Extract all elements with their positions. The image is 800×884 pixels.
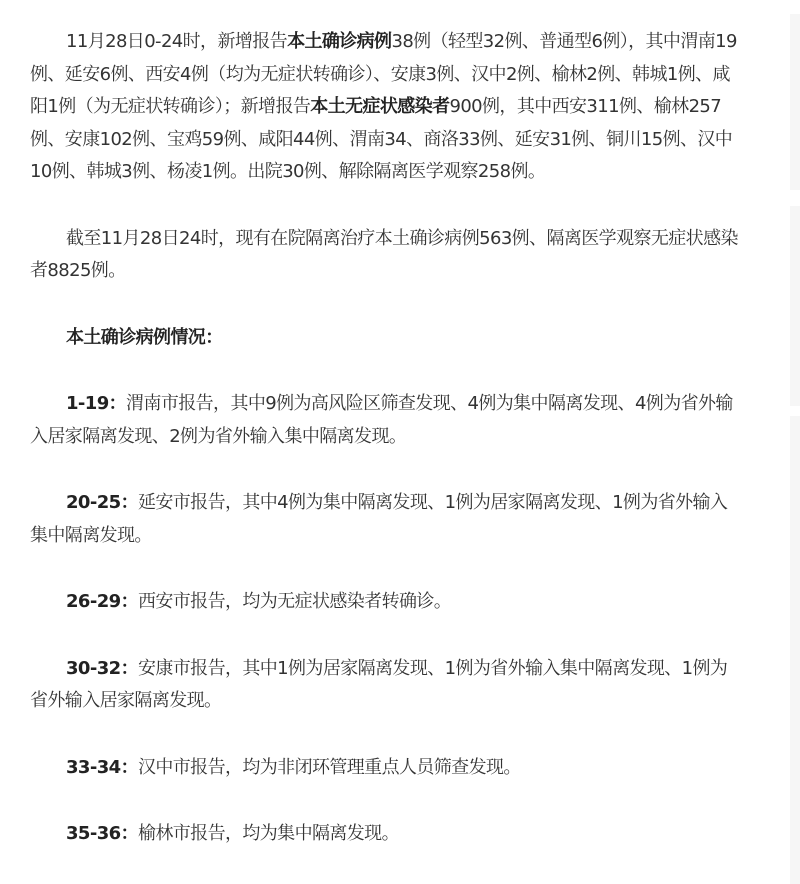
case-description: 榆林市报告，均为集中隔离发现。: [138, 823, 399, 844]
case-description: 汉中市报告，均为非闭环管理重点人员筛查发现。: [138, 757, 521, 778]
paragraph-spacer: [30, 784, 742, 818]
case-range: 26-29：: [66, 591, 138, 612]
bold-keyword-confirmed: 本土确诊病例: [287, 31, 391, 52]
case-range: 20-25：: [66, 492, 138, 513]
cumulative-summary-paragraph: 截至11月28日24时，现有在院隔离治疗本土确诊病例563例、隔离医学观察无症状…: [30, 223, 742, 288]
section-heading: 本土确诊病例情况：: [30, 322, 742, 355]
text-segment: 11月28日0-24时，新增报告: [66, 31, 287, 52]
paragraph-spacer: [30, 718, 742, 752]
right-edge-panel: [790, 14, 800, 190]
case-entry: 1-19：渭南市报告，其中9例为高风险区筛查发现、4例为集中隔离发现、4例为省外…: [30, 388, 742, 453]
right-edge-panel: [790, 416, 800, 884]
paragraph-spacer: [30, 453, 742, 487]
case-entry: 26-29：西安市报告，均为无症状感染者转确诊。: [30, 586, 742, 619]
paragraph-spacer: [30, 354, 742, 388]
case-entry: 30-32：安康市报告，其中1例为居家隔离发现、1例为省外输入集中隔离发现、1例…: [30, 653, 742, 718]
case-description: 西安市报告，均为无症状感染者转确诊。: [138, 591, 451, 612]
paragraph-spacer: [30, 288, 742, 322]
paragraph-spacer: [30, 552, 742, 586]
daily-summary-paragraph: 11月28日0-24时，新增报告本土确诊病例38例（轻型32例、普通型6例），其…: [30, 26, 742, 189]
case-entry: 33-34：汉中市报告，均为非闭环管理重点人员筛查发现。: [30, 752, 742, 785]
case-range: 1-19：: [66, 393, 126, 414]
case-entry: 20-25：延安市报告，其中4例为集中隔离发现、1例为居家隔离发现、1例为省外输…: [30, 487, 742, 552]
article-body: 11月28日0-24时，新增报告本土确诊病例38例（轻型32例、普通型6例），其…: [30, 26, 742, 851]
section-heading-text: 本土确诊病例情况：: [66, 327, 223, 348]
paragraph-spacer: [30, 619, 742, 653]
bold-keyword-asymptomatic: 本土无症状感染者: [310, 96, 449, 117]
right-edge-panel: [790, 206, 800, 406]
case-range: 33-34：: [66, 757, 138, 778]
case-range: 35-36：: [66, 823, 138, 844]
case-range: 30-32：: [66, 658, 138, 679]
case-description: 渭南市报告，其中9例为高风险区筛查发现、4例为集中隔离发现、4例为省外输入居家隔…: [30, 393, 733, 447]
paragraph-spacer: [30, 189, 742, 223]
case-entry: 35-36：榆林市报告，均为集中隔离发现。: [30, 818, 742, 851]
text-segment: 截至11月28日24时，现有在院隔离治疗本土确诊病例563例、隔离医学观察无症状…: [30, 228, 738, 282]
